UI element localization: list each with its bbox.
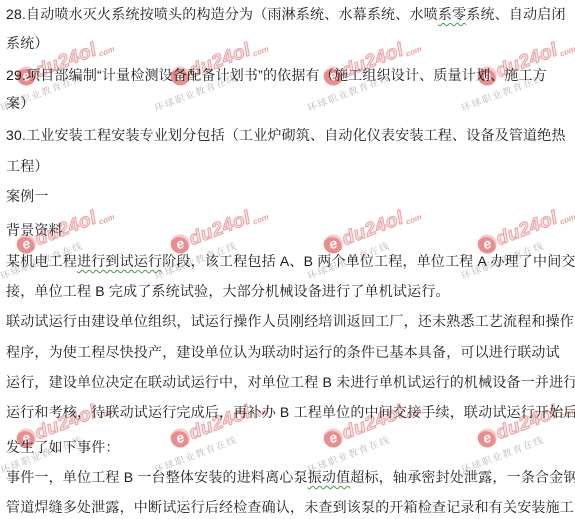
text-segment: 工程）	[6, 158, 49, 174]
text-segment: 案）	[6, 95, 34, 111]
text-segment: 背景资料	[6, 222, 63, 238]
document-page: edu24olcom环球职业教育在线edu24olcom环球职业教育在线edu2…	[0, 0, 575, 519]
text-line: 接，单位工程 B 完成了系统试验，大部分机械设备进行了单机试运行。	[6, 282, 450, 302]
text-segment: 运行，建设单位决定在联动试运行中，对单位工程 B 未进行单机试运行的机械设备一并…	[6, 374, 575, 390]
text-line: 案）	[6, 94, 34, 114]
text-segment: 阶段，该工程包括 A、B 两个单位工程，单位工程 A 办理了中间交	[162, 253, 575, 269]
text-segment: 案例一	[6, 188, 49, 204]
text-line: 运行，建设单位决定在联动试运行中，对单位工程 B 未进行单机试运行的机械设备一并…	[6, 373, 575, 393]
text-segment: 联动试运行由建设单位组织，试运行操作人员刚经培训返回工厂，还未熟悉工艺流程和操作	[6, 313, 574, 329]
spellcheck-squiggle: 系零	[438, 6, 466, 22]
text-segment: 28.自动喷水灭火系统按喷头的构造分为（雨淋系统、水幕系统、水喷	[6, 6, 438, 22]
text-line: 联动试运行由建设单位组织，试运行操作人员刚经培训返回工厂，还未熟悉工艺流程和操作	[6, 312, 574, 332]
text-segment: 发生了如下事件：	[6, 439, 120, 455]
text-segment: 系统、自动启闭	[466, 6, 565, 22]
spellcheck-squiggle: 振动值	[308, 469, 351, 485]
text-segment: 运行和考核，待联动试运行完成后，再补办 B 工程单位的中间交接手续，联动试运行开…	[6, 404, 575, 420]
text-line: 29.项目部编制“计量检测设备配备计划书”的依据有（施工组织设计、质量计划、施工…	[6, 66, 547, 86]
text-line: 管道焊缝多处泄露，中断试运行后经检查确认，未查到该泵的开箱检查记录和有关安装施工	[6, 498, 574, 518]
text-line: 案例一	[6, 187, 49, 207]
text-line: 程序，为使工程尽快投产，建设单位认为联动时运行的条件已基本具备，可以进行联动试	[6, 343, 560, 363]
text-line: 工程）	[6, 157, 49, 177]
text-segment: 29.项目部编制“计量检测设备配备计划书”的依据有（施工组织设计、质量计划、施工…	[6, 67, 547, 83]
text-line: 某机电工程进行到试运行阶段，该工程包括 A、B 两个单位工程，单位工程 A 办理…	[6, 252, 575, 272]
text-line: 28.自动喷水灭火系统按喷头的构造分为（雨淋系统、水幕系统、水喷系零系统、自动启…	[6, 5, 566, 25]
text-line: 30.工业安装工程安装专业划分包括（工业炉砌筑、自动化仪表安装工程、设备及管道绝…	[6, 126, 566, 146]
text-line: 背景资料	[6, 221, 63, 241]
text-segment: 管道焊缝多处泄露，中断试运行后经检查确认，未查到该泵的开箱检查记录和有关安装施工	[6, 499, 574, 515]
text-segment: 事件一，单位工程 B 一台整体安装的进料离心泵	[6, 469, 308, 485]
text-segment: 系统）	[6, 35, 49, 51]
text-segment: 30.工业安装工程安装专业划分包括（工业炉砌筑、自动化仪表安装工程、设备及管道绝…	[6, 127, 566, 143]
text-line: 运行和考核，待联动试运行完成后，再补办 B 工程单位的中间交接手续，联动试运行开…	[6, 403, 575, 423]
text-line: 事件一，单位工程 B 一台整体安装的进料离心泵振动值超标，轴承密封处泄露，一条合…	[6, 468, 575, 488]
text-segment: 接，单位工程 B 完成了系统试验，大部分机械设备进行了单机试运行。	[6, 283, 450, 299]
spellcheck-squiggle: 进行到试运行	[77, 253, 162, 269]
text-line: 发生了如下事件：	[6, 438, 120, 458]
text-segment: 超标，轴承密封处泄露，一条合金钢	[350, 469, 575, 485]
text-line: 系统）	[6, 34, 49, 54]
text-segment: 某机电工程	[6, 253, 77, 269]
text-segment: 程序，为使工程尽快投产，建设单位认为联动时运行的条件已基本具备，可以进行联动试	[6, 344, 560, 360]
document-text: 28.自动喷水灭火系统按喷头的构造分为（雨淋系统、水幕系统、水喷系零系统、自动启…	[0, 0, 575, 519]
